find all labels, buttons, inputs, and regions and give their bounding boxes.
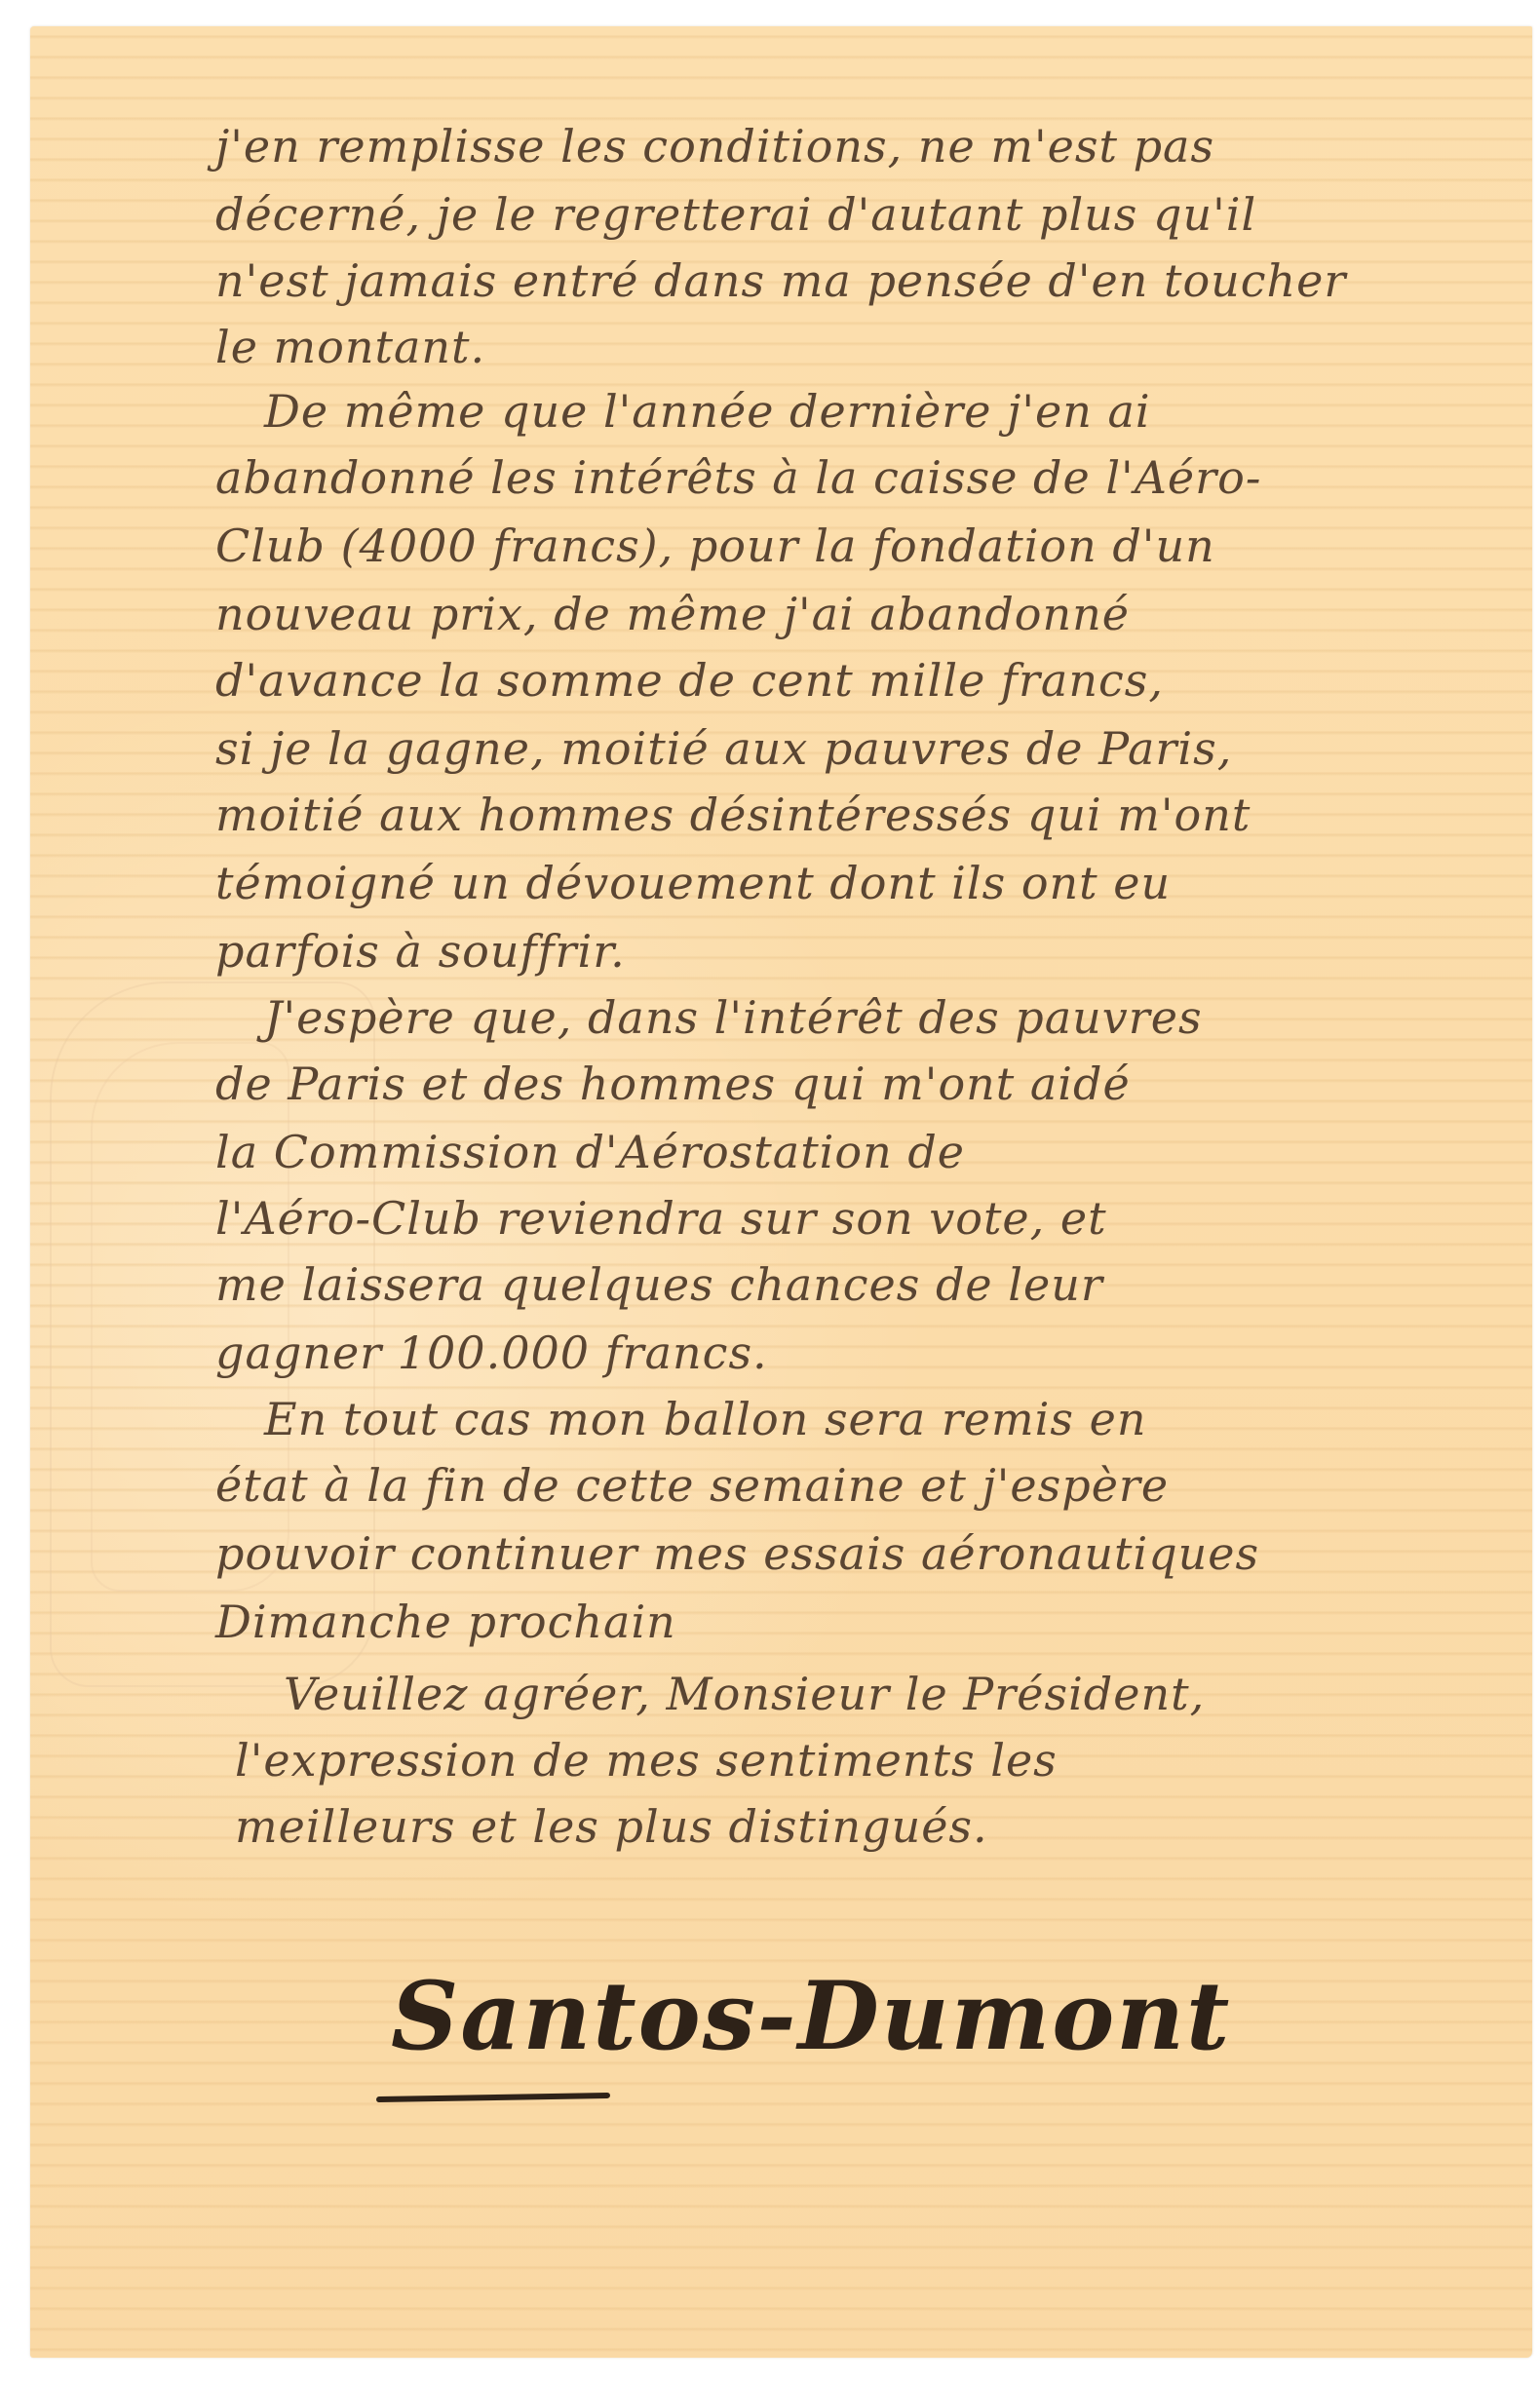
letter-line: J'espère que, dans l'intérêt des pauvres — [264, 995, 1203, 1040]
letter-line: nouveau prix, de même j'ai abandonné — [215, 592, 1130, 636]
letter-line: pouvoir continuer mes essais aéronautiqu… — [215, 1531, 1259, 1576]
letter-line: le montant. — [215, 325, 485, 369]
letter-line: témoigné un dévouement dont ils ont eu — [215, 861, 1171, 905]
letter-line: Dimanche prochain — [215, 1599, 676, 1644]
letter-line: si je la gagne, moitié aux pauvres de Pa… — [215, 726, 1232, 771]
letter-line: meilleurs et les plus distingués. — [235, 1804, 988, 1849]
letter-line: l'Aéro-Club reviendra sur son vote, et — [215, 1196, 1107, 1241]
letter-line: moitié aux hommes désintéressés qui m'on… — [215, 792, 1251, 837]
letter-line: me laissera quelques chances de leur — [215, 1262, 1103, 1307]
letter-line: Club (4000 francs), pour la fondation d'… — [215, 523, 1215, 568]
letter-line: de Paris et des hommes qui m'ont aidé — [215, 1061, 1131, 1106]
letter-line: parfois à souffrir. — [215, 929, 626, 974]
letter-page: j'en remplisse les conditions, ne m'est … — [30, 26, 1532, 2358]
letter-line: décerné, je le regretterai d'autant plus… — [215, 192, 1256, 237]
letter-line: abandonné les intérêts à la caisse de l'… — [215, 455, 1261, 500]
letter-line: De même que l'année dernière j'en ai — [264, 389, 1151, 434]
signature-underline — [376, 2093, 610, 2102]
letter-line: n'est jamais entré dans ma pensée d'en t… — [215, 258, 1346, 303]
letter-line: En tout cas mon ballon sera remis en — [264, 1397, 1146, 1442]
letter-line: j'en remplisse les conditions, ne m'est … — [215, 124, 1214, 169]
letter-line: état à la fin de cette semaine et j'espè… — [215, 1463, 1169, 1508]
letter-line: gagner 100.000 francs. — [215, 1330, 768, 1375]
letter-line: la Commission d'Aérostation de — [215, 1130, 965, 1174]
letter-line: l'expression de mes sentiments les — [235, 1738, 1058, 1783]
signature: Santos-Dumont — [391, 1961, 1231, 2071]
letter-line: d'avance la somme de cent mille francs, — [215, 658, 1164, 703]
letter-line: Veuillez agréer, Monsieur le Président, — [284, 1672, 1205, 1716]
